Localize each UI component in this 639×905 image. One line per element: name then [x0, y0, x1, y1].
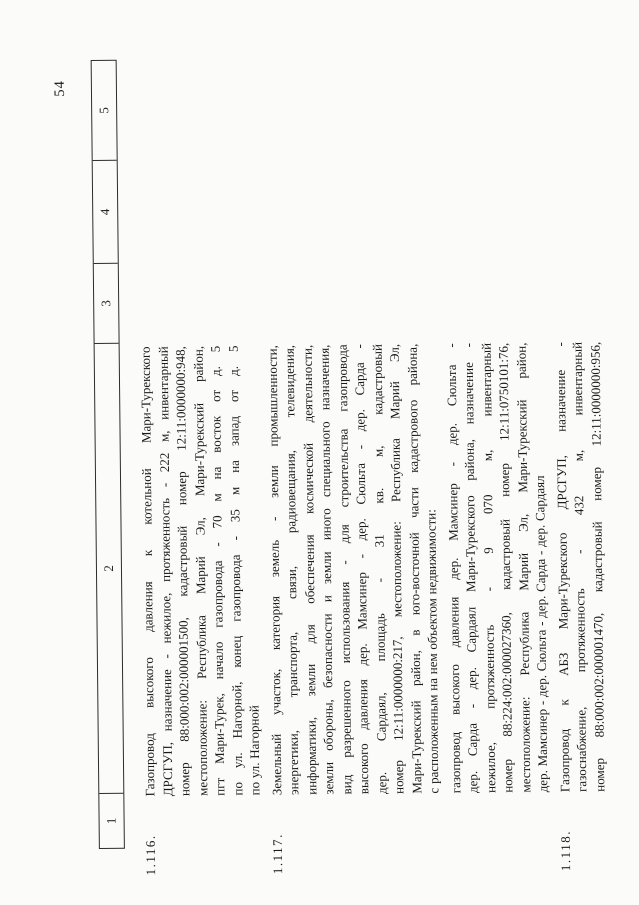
paragraph: Земельный участок, категория земель - зе…: [263, 343, 443, 795]
row-number: 1.118.: [556, 792, 575, 899]
table-row-1117: 1.117. Земельный участок, категория земе…: [260, 54, 553, 902]
text-line: с расположенным на нем объектом недвижим…: [421, 343, 443, 793]
text-line: дер. Мамсинер - дер. Сюльта - дер. Сарда…: [530, 342, 552, 792]
header-cell-5: 5: [92, 61, 117, 161]
table-row-1116: 1.116. Газопровод высокого давления к ко…: [134, 57, 265, 903]
header-cell-1: 1: [99, 794, 124, 848]
scanned-page-screen: 54 1 2 3 4 5 1.116. Газопровод высокого …: [0, 0, 639, 905]
header-cell-4: 4: [93, 161, 118, 264]
row-number: 1.117.: [268, 795, 287, 902]
scan-page: 54 1 2 3 4 5 1.116. Газопровод высокого …: [0, 0, 639, 905]
table-column-header: 1 2 3 4 5: [91, 60, 125, 849]
page-number: 54: [52, 60, 70, 116]
text-line: по ул. Нагорной: [242, 345, 264, 795]
paragraph: газопровод высокого давления дер. Мамсин…: [442, 342, 552, 793]
table-body: 1.116. Газопровод высокого давления к ко…: [134, 54, 610, 904]
table-row-1118: 1.118. Газопровод к АБЗ Мари-Турекского …: [548, 54, 609, 900]
header-cell-3: 3: [94, 264, 119, 344]
row-description: Газопровод к АБЗ Мари-Турекского ДРСГУП,…: [551, 342, 608, 793]
paragraph: Газопровод к АБЗ Мари-Турекского ДРСГУП,…: [551, 342, 608, 793]
row-number: 1.116.: [141, 796, 160, 903]
row-description: Земельный участок, категория земель - зе…: [263, 342, 552, 795]
row-description: Газопровод высокого давления к котельной…: [137, 345, 264, 796]
header-cell-2: 2: [95, 344, 124, 794]
paragraph: Газопровод высокого давления к котельной…: [137, 345, 264, 796]
